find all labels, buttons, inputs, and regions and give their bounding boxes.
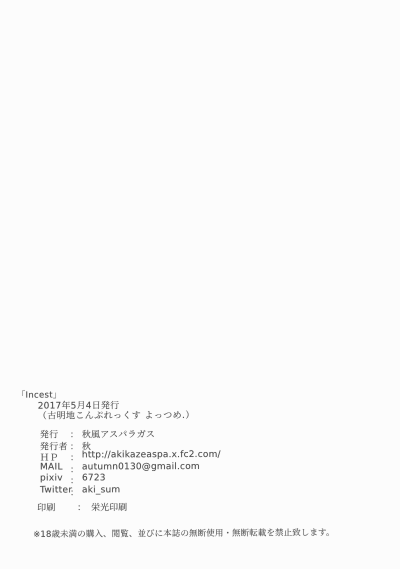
info-row-pixiv: pixiv ： 6723 (40, 473, 221, 485)
info-row-twitter: Twitter ： aki_sum (40, 484, 221, 496)
info-separator: ： (70, 485, 82, 498)
info-label: pixiv (40, 473, 70, 483)
homepage-url: http://akikazeaspa.x.fc2.com/ (82, 450, 221, 460)
mail-address: autumn0130@gmail.com (82, 462, 200, 472)
colophon-block: 「Incest」 2017年5月4日発行 （古明地こんぷれっくす よっつめ.） … (0, 386, 400, 569)
info-row-publisher: 発行 ： 秋風アスパラガス (40, 427, 221, 439)
publication-info-list: 発行 ： 秋風アスパラガス 発行者 ： 秋 ＨＰ ： http://akikaz… (40, 427, 221, 497)
info-row-mail: MAIL ： autumn0130@gmail.com (40, 461, 221, 473)
info-label: 印刷 (37, 500, 77, 513)
colophon-page: 「Incest」 2017年5月4日発行 （古明地こんぷれっくす よっつめ.） … (0, 0, 400, 569)
age-restriction-notice: ※18歳未満の購入、閲覧、並びに本誌の無断使用・無断転載を禁止致します。 (33, 526, 334, 540)
info-value: 秋風アスパラガス (82, 427, 155, 440)
pixiv-id: 6723 (82, 473, 106, 483)
info-label: MAIL (40, 462, 70, 472)
series-note: （古明地こんぷれっくす よっつめ.） (38, 408, 195, 422)
info-separator: ： (77, 500, 91, 513)
info-row-homepage: ＨＰ ： http://akikazeaspa.x.fc2.com/ (40, 450, 221, 462)
info-label: Twitter (40, 485, 70, 495)
twitter-handle: aki_sum (82, 485, 120, 495)
info-row-printer: 印刷 ： 栄光印刷 (37, 500, 127, 513)
printer-name: 栄光印刷 (91, 500, 127, 513)
